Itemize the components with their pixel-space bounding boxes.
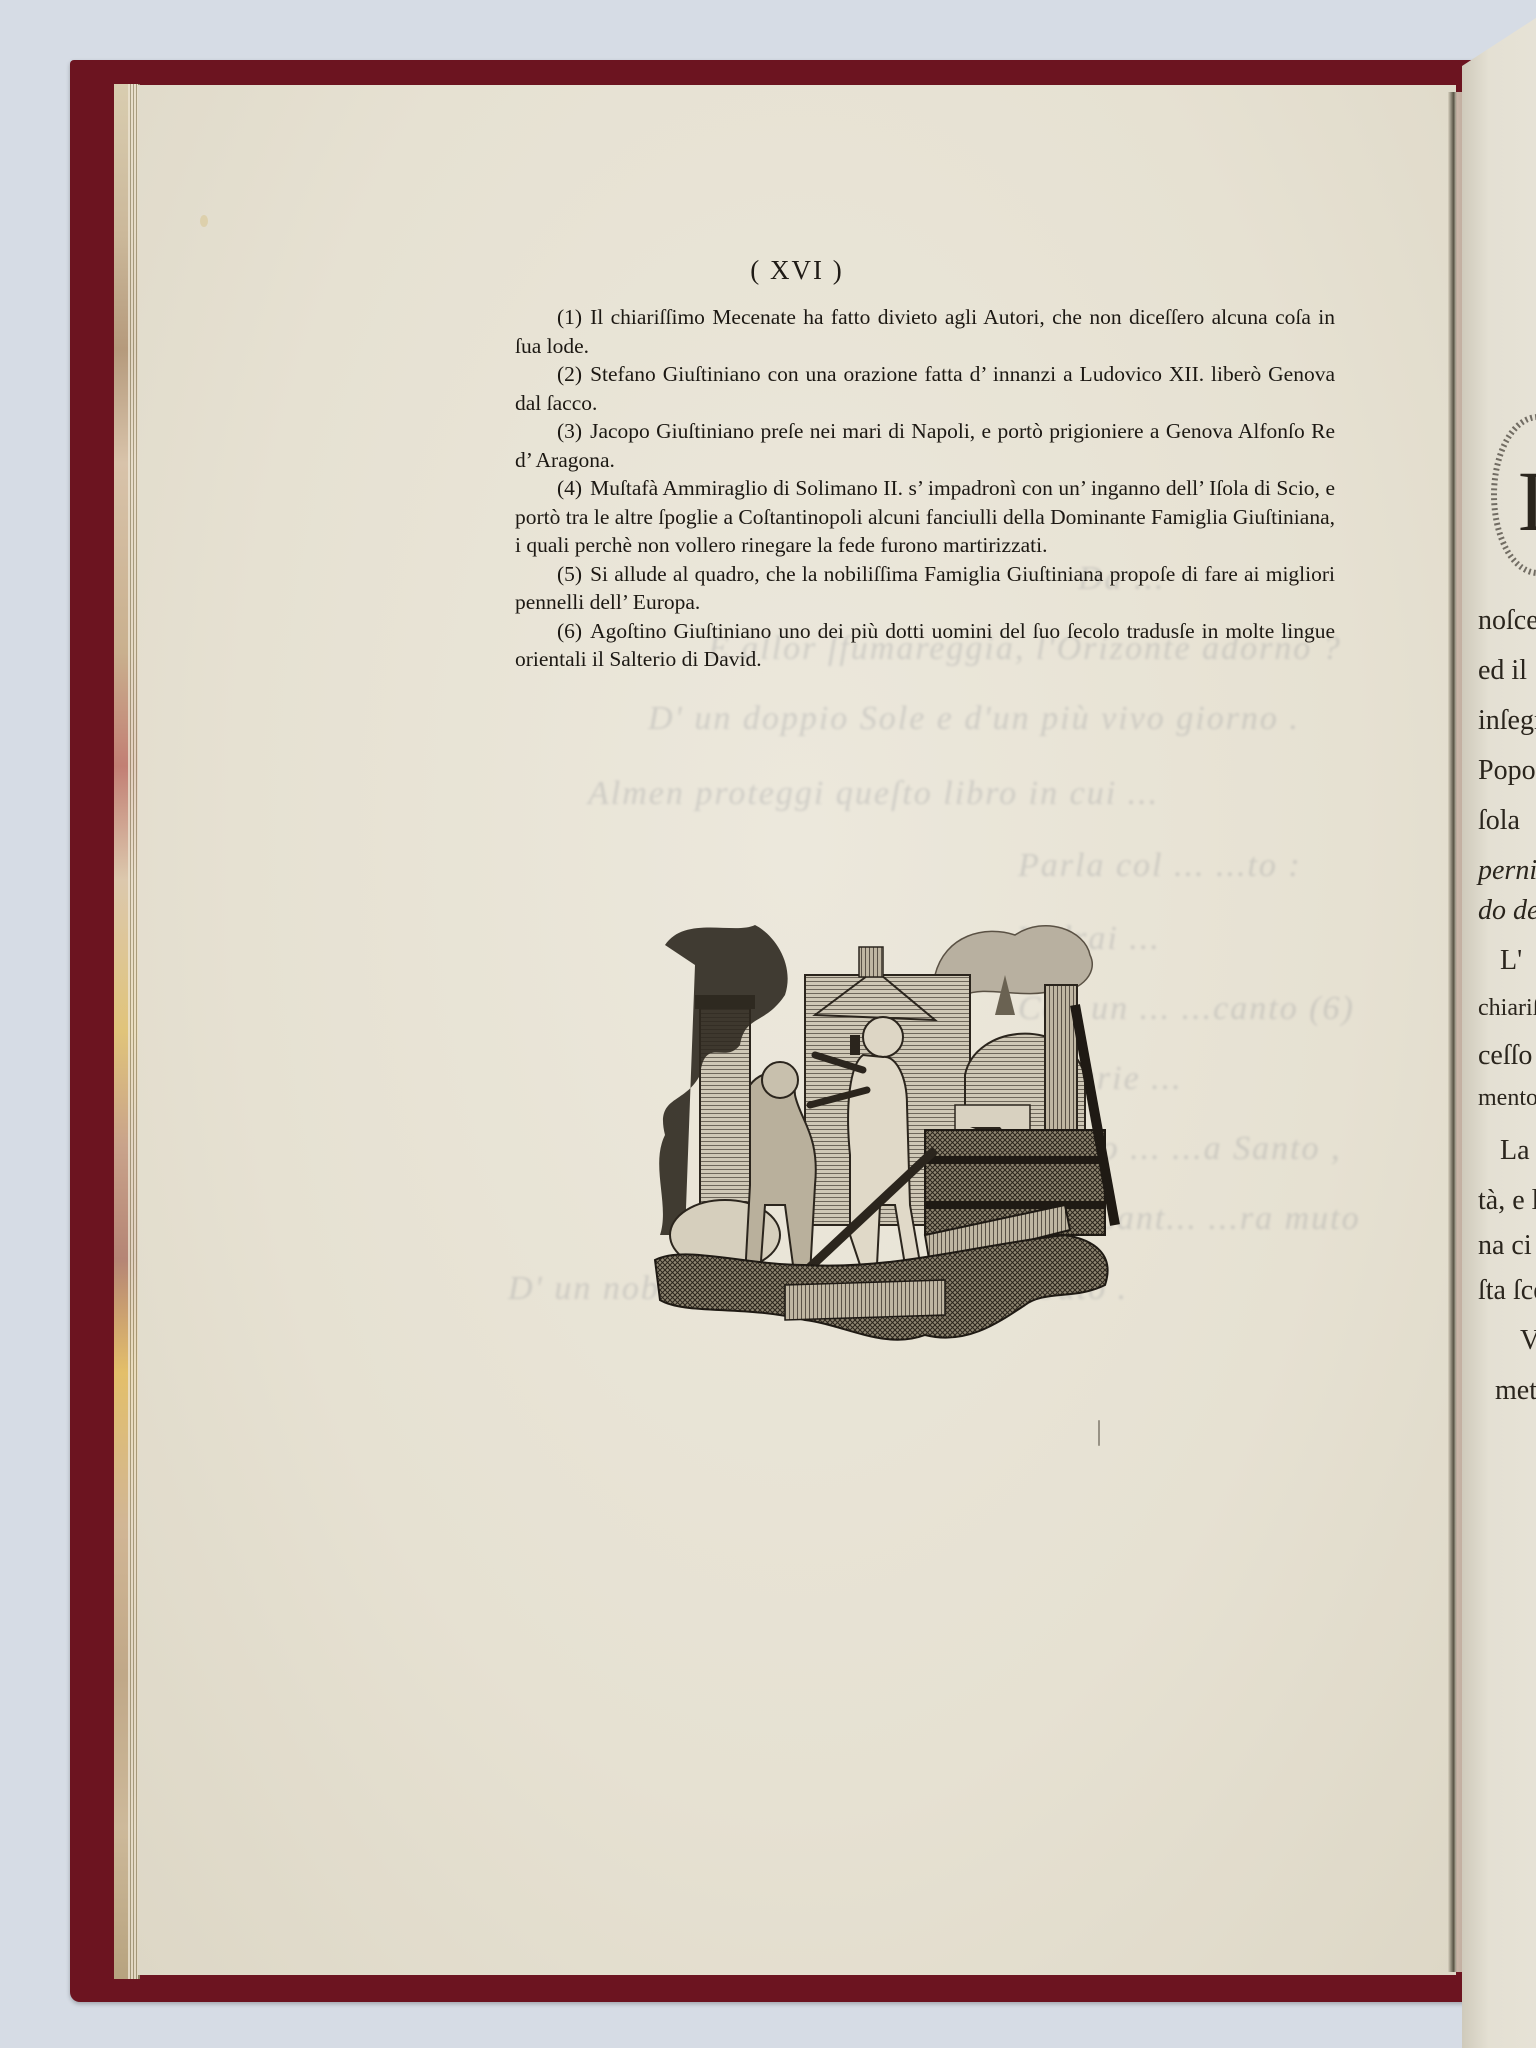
facing-page-line: mento — [1478, 1085, 1536, 1112]
facing-page-line: La — [1500, 1135, 1530, 1167]
footnote-number: (1) — [557, 305, 582, 329]
paper-stain — [200, 215, 208, 227]
footnote-text: Si allude al quadro, che la nobiliſſima … — [515, 562, 1335, 615]
facing-page-line: ſola — [1478, 805, 1520, 837]
footnote-text: Il chiariſſimo Mecenate ha fatto divieto… — [515, 305, 1335, 358]
facing-page-line: inſegn — [1478, 705, 1536, 737]
paper-hair-mark — [1098, 1420, 1100, 1446]
facing-page-line: do dell — [1478, 895, 1536, 927]
show-through-line: D' un doppio Sole e d'un più vivo giorno… — [648, 700, 1300, 738]
footnote-text: Jacopo Giuſtiniano preſe nei mari di Nap… — [515, 419, 1335, 472]
facing-page-line: tà, e l — [1478, 1185, 1536, 1217]
facing-page-line: ed il — [1478, 655, 1527, 687]
facing-page-line: V — [1520, 1325, 1536, 1357]
facing-page-line: Popol — [1478, 755, 1536, 787]
facing-page-line: ceſſo al — [1478, 1040, 1536, 1072]
footnote-6: (6)Agoſtino Giuſtiniano uno dei più dott… — [515, 617, 1335, 674]
footnote-4: (4)Muſtafà Ammiraglio di Solimano II. s’… — [515, 474, 1335, 560]
marbled-fore-edge — [114, 84, 140, 1979]
show-through-line: Almen proteggi queſto libro in cui ... — [588, 775, 1159, 813]
running-head-page-number: ( XVI ) — [138, 255, 1456, 286]
page-edges — [128, 84, 138, 1979]
facing-page-line: chiariſſim — [1478, 995, 1536, 1022]
facing-page-line: noſcere — [1478, 605, 1536, 637]
facing-page-line: ſta ſce — [1478, 1275, 1536, 1307]
facing-page-line: perni — [1478, 855, 1536, 887]
decorated-initial-L: L — [1490, 410, 1536, 580]
footnote-5: (5)Si allude al quadro, che la nobiliſſi… — [515, 560, 1335, 617]
footnotes: (1)Il chiariſſimo Mecenate ha fatto divi… — [515, 303, 1335, 674]
facing-page-recto — [1462, 14, 1536, 2048]
book-page-verso: Da ... E allor ſfumareggia, l'Orizonte a… — [138, 85, 1456, 1975]
facing-page-line: L' — [1500, 945, 1522, 977]
footnote-number: (3) — [557, 419, 582, 443]
footnote-text: Agoſtino Giuſtiniano uno dei più dotti u… — [515, 619, 1335, 672]
gutter-fold — [1448, 92, 1464, 1972]
footnote-text: Muſtafà Ammiraglio di Solimano II. s’ im… — [515, 476, 1335, 557]
engraved-vignette-putti — [645, 905, 1120, 1350]
footnote-3: (3)Jacopo Giuſtiniano preſe nei mari di … — [515, 417, 1335, 474]
footnote-2: (2)Stefano Giuſtiniano con una orazione … — [515, 360, 1335, 417]
footnote-text: Stefano Giuſtiniano con una orazione fat… — [515, 362, 1335, 415]
footnote-1: (1)Il chiariſſimo Mecenate ha fatto divi… — [515, 303, 1335, 360]
svg-text:L: L — [1518, 453, 1536, 549]
footnote-number: (5) — [557, 562, 582, 586]
footnote-number: (6) — [557, 619, 582, 643]
footnote-number: (2) — [557, 362, 582, 386]
show-through-line: Parla col ... ...to : — [1018, 847, 1302, 885]
footnote-number: (4) — [557, 476, 582, 500]
facing-page-line: na ci i — [1478, 1230, 1536, 1262]
facing-page-line: mett — [1495, 1375, 1536, 1407]
